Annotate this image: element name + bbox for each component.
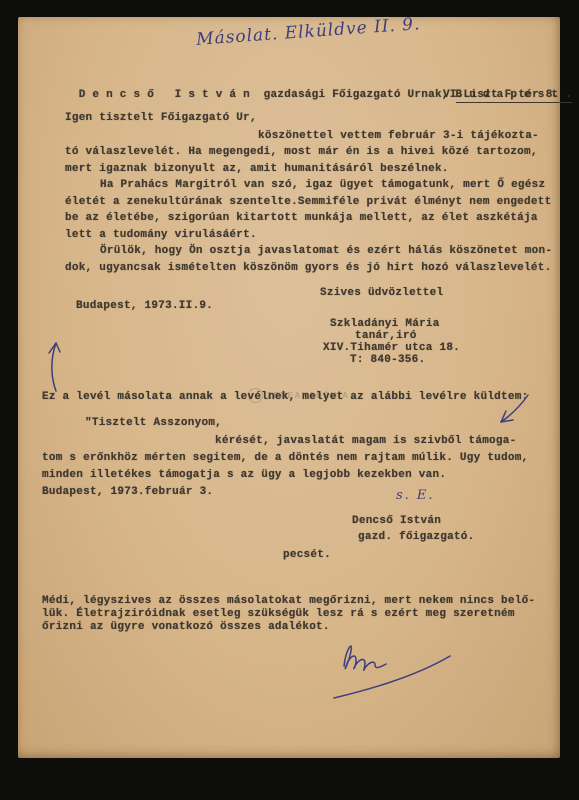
body-line: köszönettel vettem február 3-i tájékozta… xyxy=(258,130,539,143)
handwritten-signature xyxy=(328,636,460,704)
signature-phone: T: 840-356. xyxy=(350,354,425,367)
postscript-line: őrizni az ügyre vonatkozó összes adaléko… xyxy=(42,621,330,634)
greeting-line: Igen tisztelt Főigazgató Ur, xyxy=(65,112,257,125)
seal-note: pecsét. xyxy=(283,549,331,562)
sender-name: Dencső István xyxy=(352,515,441,528)
body-line: lett a tudomány virulásáért. xyxy=(65,229,257,242)
quote-salutation: "Tisztelt Asszonyom, xyxy=(85,417,222,430)
scanned-letter-page: { "handwritten": { "top_note": "Másolat.… xyxy=(0,0,579,800)
copy-note-line: Ez a levél másolata annak a levélnek, me… xyxy=(42,391,528,404)
body-line: tó válaszlevelét. Ha megengedi, most már… xyxy=(65,146,538,159)
postscript-line: Médi, légyszives az összes másolatokat m… xyxy=(42,595,535,608)
recipient-title: gazdasági Főigazgató Urnak, xyxy=(250,89,456,101)
postscript-line: lük. Életrajziróidnak esetleg szükségük … xyxy=(42,608,515,621)
quote-line: minden illetékes támogatja s az ügy a le… xyxy=(42,469,446,482)
handwritten-arrow-down-left-icon xyxy=(494,392,532,428)
quote-date: Budapest, 1973.február 3. xyxy=(42,486,213,499)
body-line: Ha Prahács Margitról van szó, igaz ügyet… xyxy=(100,179,545,192)
closing-line: Szives üdvözlettel xyxy=(320,287,443,300)
quote-line: kérését, javaslatát magam is szivből tám… xyxy=(215,435,516,448)
quote-line: tom s erőnkhöz mérten segitem, de a dönt… xyxy=(42,452,528,465)
recipient-name: D e n c s ő I s t v á n xyxy=(79,89,250,101)
recipient-address: VI.Liszt F.tér 8. xyxy=(443,89,559,102)
date-line: Budapest, 1973.II.9. xyxy=(76,300,213,313)
body-line: dok, ugyancsak ismételten köszönöm gyors… xyxy=(65,262,551,275)
body-line: életét a zenekultúrának szentelte.Semmif… xyxy=(65,196,551,209)
handwritten-arrow-up-icon xyxy=(42,336,68,394)
body-line: be az életébe, szigorúan kitartott munká… xyxy=(65,212,538,225)
sender-title: gazd. főigazgató. xyxy=(358,531,474,544)
body-line: Örülök, hogy Ön osztja javaslatomat és e… xyxy=(100,245,552,258)
body-line: mert igaznak bizonyult az, amit humanitá… xyxy=(65,163,449,176)
handwritten-initials: s. E. xyxy=(396,488,435,503)
